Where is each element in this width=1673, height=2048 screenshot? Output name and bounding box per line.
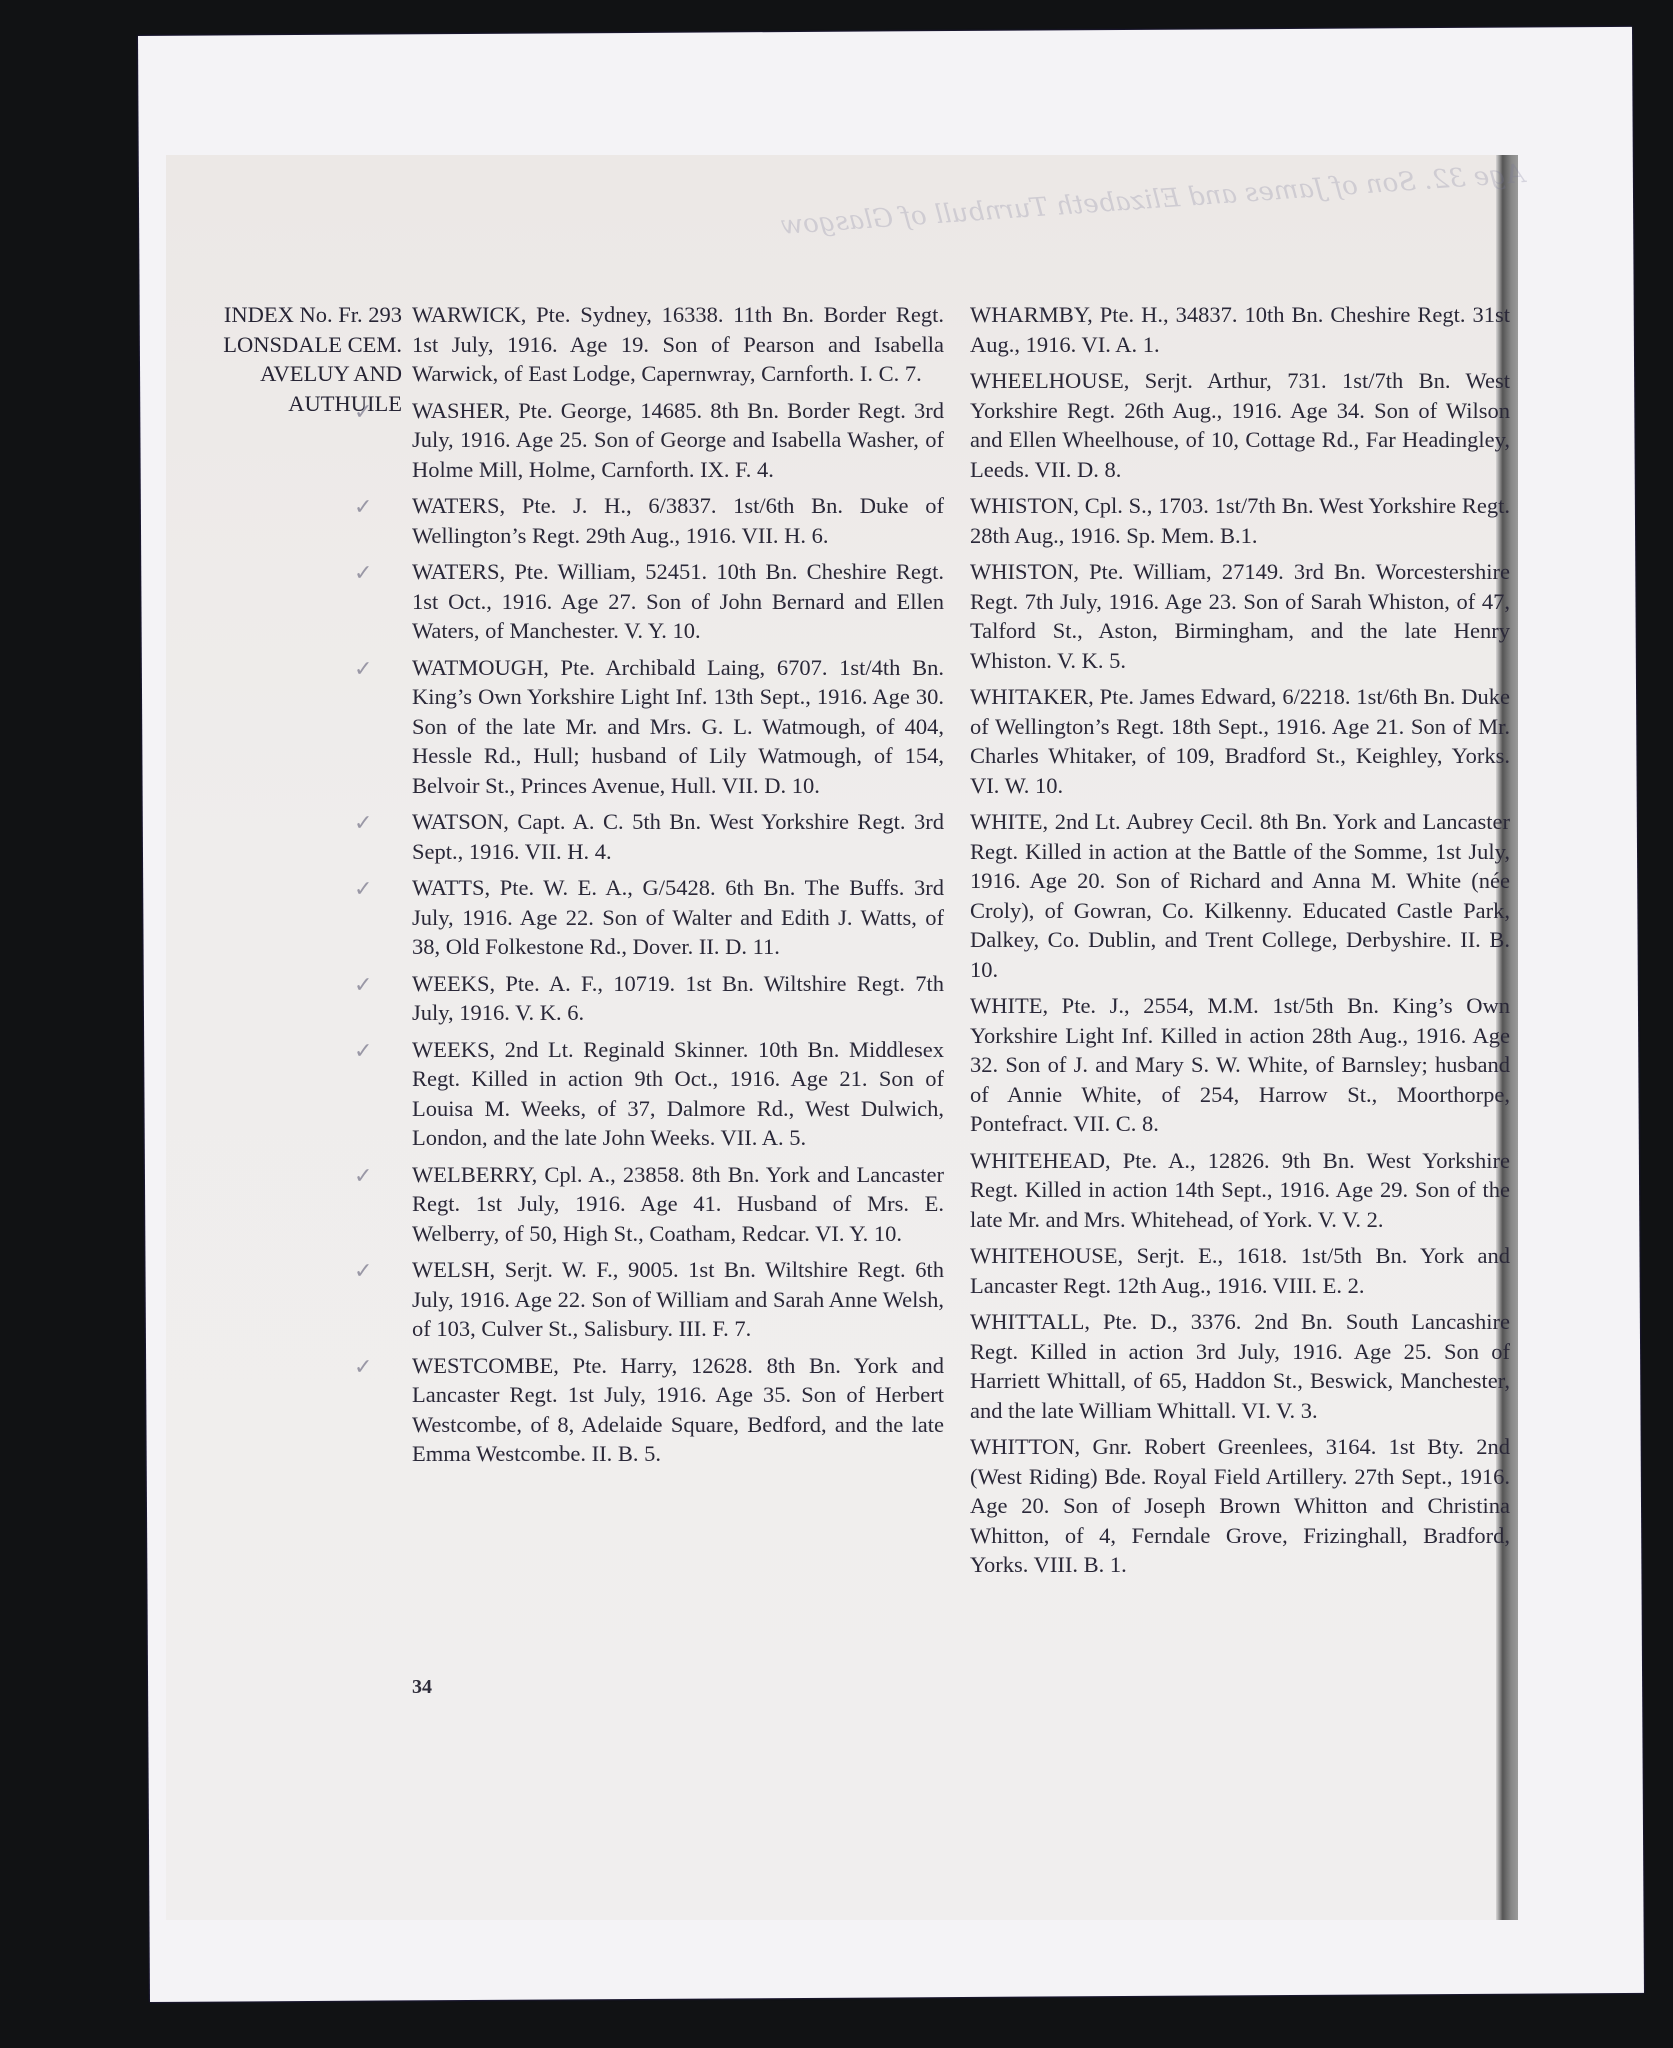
entry-text: WHITTALL, Pte. D., 3376. 2nd Bn. South L…: [970, 1309, 1510, 1423]
page-number: 34: [412, 1676, 432, 1699]
checkmark-icon: ✓: [354, 655, 372, 685]
checkmark-icon: ✓: [354, 559, 372, 589]
index-number: INDEX No. Fr. 293: [180, 300, 402, 330]
checkmark-icon: ✓: [354, 493, 372, 523]
casualty-entry: WHARMBY, Pte. H., 34837. 10th Bn. Cheshi…: [970, 300, 1510, 359]
checkmark-icon: ✓: [354, 875, 372, 905]
checkmark-icon: ✓: [354, 1037, 372, 1067]
casualty-entry: WHEELHOUSE, Serjt. Arthur, 731. 1st/7th …: [970, 366, 1510, 484]
cemetery-name: LONSDALE CEM.: [180, 330, 402, 360]
checkmark-icon: ✓: [354, 398, 372, 428]
entry-text: WHITE, 2nd Lt. Aubrey Cecil. 8th Bn. Yor…: [970, 809, 1510, 982]
casualty-entry: WHITTON, Gnr. Robert Greenlees, 3164. 1s…: [970, 1432, 1510, 1580]
casualty-entry: WHITE, Pte. J., 2554, M.M. 1st/5th Bn. K…: [970, 991, 1510, 1139]
casualty-entry: ✓WATERS, Pte. William, 52451. 10th Bn. C…: [412, 557, 944, 646]
entry-text: WHITEHOUSE, Serjt. E., 1618. 1st/5th Bn.…: [970, 1243, 1510, 1298]
checkmark-icon: ✓: [354, 1257, 372, 1287]
right-column: WHARMBY, Pte. H., 34837. 10th Bn. Cheshi…: [970, 300, 1510, 1587]
casualty-entry: WARWICK, Pte. Sydney, 16338. 11th Bn. Bo…: [412, 300, 944, 389]
entry-text: WEEKS, Pte. A. F., 10719. 1st Bn. Wiltsh…: [412, 971, 944, 1026]
casualty-entry: ✓WASHER, Pte. George, 14685. 8th Bn. Bor…: [412, 396, 944, 485]
entry-text: WHEELHOUSE, Serjt. Arthur, 731. 1st/7th …: [970, 368, 1510, 482]
entry-text: WHISTON, Cpl. S., 1703. 1st/7th Bn. West…: [970, 493, 1510, 548]
casualty-entry: ✓WESTCOMBE, Pte. Harry, 12628. 8th Bn. Y…: [412, 1351, 944, 1469]
entry-text: WHITEHEAD, Pte. A., 12826. 9th Bn. West …: [970, 1148, 1510, 1232]
left-column: WARWICK, Pte. Sydney, 16338. 11th Bn. Bo…: [412, 300, 944, 1476]
entry-text: WHARMBY, Pte. H., 34837. 10th Bn. Cheshi…: [970, 302, 1510, 357]
entry-text: WHITAKER, Pte. James Edward, 6/2218. 1st…: [970, 684, 1510, 798]
casualty-entry: WHITEHEAD, Pte. A., 12826. 9th Bn. West …: [970, 1146, 1510, 1235]
casualty-entry: ✓WATERS, Pte. J. H., 6/3837. 1st/6th Bn.…: [412, 491, 944, 550]
casualty-entry: ✓WATMOUGH, Pte. Archibald Laing, 6707. 1…: [412, 653, 944, 801]
entry-text: WESTCOMBE, Pte. Harry, 12628. 8th Bn. Yo…: [412, 1353, 944, 1467]
casualty-entry: WHITAKER, Pte. James Edward, 6/2218. 1st…: [970, 682, 1510, 800]
entry-text: WATERS, Pte. J. H., 6/3837. 1st/6th Bn. …: [412, 493, 944, 548]
entry-text: WHISTON, Pte. William, 27149. 3rd Bn. Wo…: [970, 559, 1510, 673]
entry-text: WATMOUGH, Pte. Archibald Laing, 6707. 1s…: [412, 655, 944, 798]
casualty-entry: ✓WEEKS, Pte. A. F., 10719. 1st Bn. Wilts…: [412, 969, 944, 1028]
casualty-entry: WHISTON, Pte. William, 27149. 3rd Bn. Wo…: [970, 557, 1510, 675]
casualty-entry: ✓WATTS, Pte. W. E. A., G/5428. 6th Bn. T…: [412, 873, 944, 962]
entry-text: WATSON, Capt. A. C. 5th Bn. West Yorkshi…: [412, 809, 944, 864]
checkmark-icon: ✓: [354, 809, 372, 839]
entry-text: WARWICK, Pte. Sydney, 16338. 11th Bn. Bo…: [412, 302, 944, 386]
checkmark-icon: ✓: [354, 1162, 372, 1192]
casualty-entry: ✓WELSH, Serjt. W. F., 9005. 1st Bn. Wilt…: [412, 1255, 944, 1344]
casualty-entry: ✓WEEKS, 2nd Lt. Reginald Skinner. 10th B…: [412, 1035, 944, 1153]
casualty-entry: ✓WELBERRY, Cpl. A., 23858. 8th Bn. York …: [412, 1160, 944, 1249]
checkmark-icon: ✓: [354, 1353, 372, 1383]
entry-text: WELBERRY, Cpl. A., 23858. 8th Bn. York a…: [412, 1162, 944, 1246]
casualty-entry: WHISTON, Cpl. S., 1703. 1st/7th Bn. West…: [970, 491, 1510, 550]
entry-text: WASHER, Pte. George, 14685. 8th Bn. Bord…: [412, 398, 944, 482]
entry-text: WATTS, Pte. W. E. A., G/5428. 6th Bn. Th…: [412, 875, 944, 959]
casualty-entry: WHITEHOUSE, Serjt. E., 1618. 1st/5th Bn.…: [970, 1241, 1510, 1300]
location-line-1: AVELUY AND: [180, 359, 402, 389]
checkmark-icon: ✓: [354, 971, 372, 1001]
entry-text: WHITE, Pte. J., 2554, M.M. 1st/5th Bn. K…: [970, 993, 1510, 1136]
entry-text: WELSH, Serjt. W. F., 9005. 1st Bn. Wilts…: [412, 1257, 944, 1341]
casualty-entry: ✓WATSON, Capt. A. C. 5th Bn. West Yorksh…: [412, 807, 944, 866]
casualty-entry: WHITTALL, Pte. D., 3376. 2nd Bn. South L…: [970, 1307, 1510, 1425]
entry-text: WEEKS, 2nd Lt. Reginald Skinner. 10th Bn…: [412, 1037, 944, 1151]
entry-text: WHITTON, Gnr. Robert Greenlees, 3164. 1s…: [970, 1434, 1510, 1577]
entry-text: WATERS, Pte. William, 52451. 10th Bn. Ch…: [412, 559, 944, 643]
casualty-entry: WHITE, 2nd Lt. Aubrey Cecil. 8th Bn. Yor…: [970, 807, 1510, 984]
